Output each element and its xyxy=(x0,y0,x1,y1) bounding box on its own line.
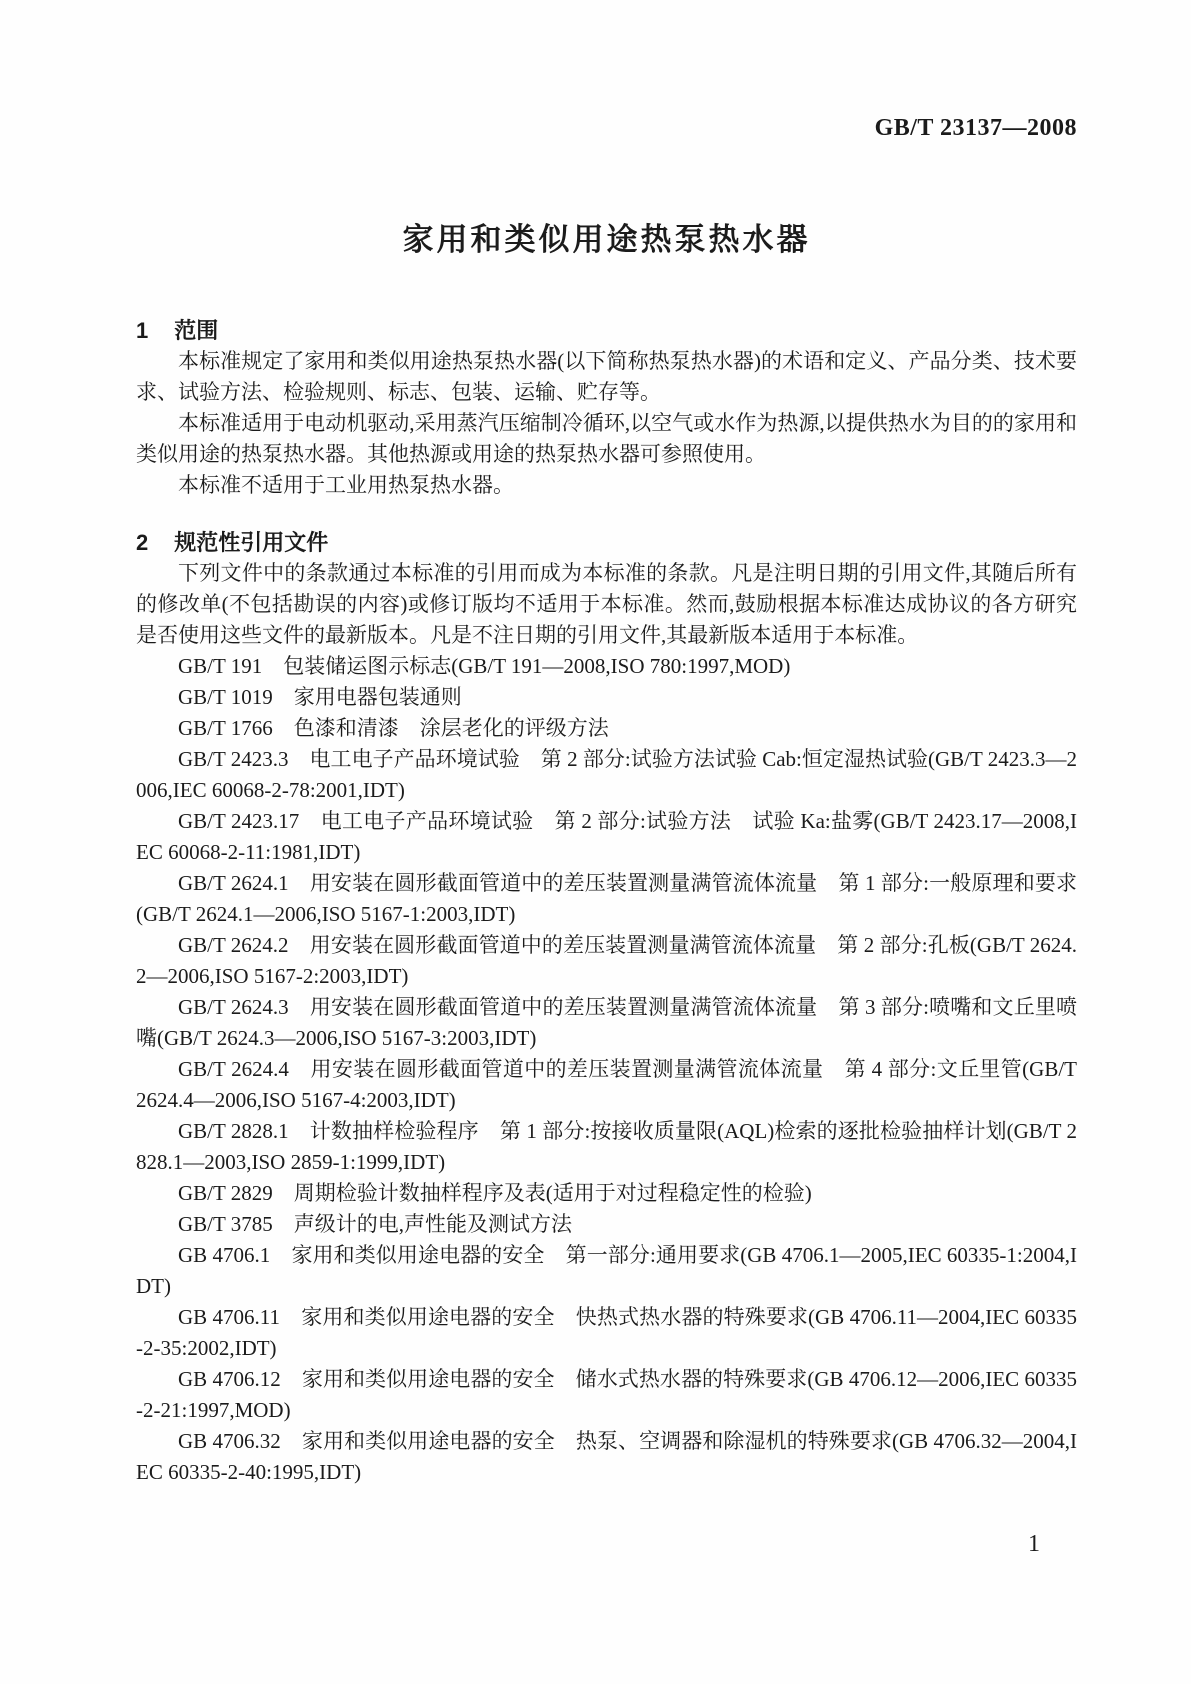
reference-item: GB/T 3785 声级计的电,声性能及测试方法 xyxy=(136,1209,1077,1240)
section-1-number: 1 xyxy=(136,316,148,346)
reference-item: GB/T 2829 周期检验计数抽样程序及表(适用于对过程稳定性的检验) xyxy=(136,1178,1077,1209)
paragraph: 本标准适用于电动机驱动,采用蒸汽压缩制冷循环,以空气或水作为热源,以提供热水为目… xyxy=(136,408,1077,470)
page-content: GB/T 23137—2008 家用和类似用途热泵热水器 1范围 本标准规定了家… xyxy=(136,0,1077,1488)
standard-code: GB/T 23137—2008 xyxy=(136,114,1077,142)
document-page: GB/T 23137—2008 家用和类似用途热泵热水器 1范围 本标准规定了家… xyxy=(0,0,1191,1684)
reference-item: GB 4706.1 家用和类似用途电器的安全 第一部分:通用要求(GB 4706… xyxy=(136,1240,1077,1302)
reference-item: GB/T 2423.17 电工电子产品环境试验 第 2 部分:试验方法 试验 K… xyxy=(136,806,1077,868)
reference-item: GB 4706.11 家用和类似用途电器的安全 快热式热水器的特殊要求(GB 4… xyxy=(136,1302,1077,1364)
page-number: 1 xyxy=(1028,1530,1040,1558)
paragraph: 下列文件中的条款通过本标准的引用而成为本标准的条款。凡是注明日期的引用文件,其随… xyxy=(136,558,1077,651)
reference-item: GB 4706.32 家用和类似用途电器的安全 热泵、空调器和除湿机的特殊要求(… xyxy=(136,1426,1077,1488)
reference-item: GB/T 1766 色漆和清漆 涂层老化的评级方法 xyxy=(136,713,1077,744)
reference-item: GB/T 2624.4 用安装在圆形截面管道中的差压装置测量满管流体流量 第 4… xyxy=(136,1054,1077,1116)
reference-item: GB/T 2624.2 用安装在圆形截面管道中的差压装置测量满管流体流量 第 2… xyxy=(136,930,1077,992)
page-title: 家用和类似用途热泵热水器 xyxy=(136,218,1077,262)
paragraph: 本标准不适用于工业用热泵热水器。 xyxy=(136,470,1077,501)
reference-item: GB/T 2624.3 用安装在圆形截面管道中的差压装置测量满管流体流量 第 3… xyxy=(136,992,1077,1054)
reference-item: GB/T 1019 家用电器包装通则 xyxy=(136,682,1077,713)
reference-item: GB/T 2828.1 计数抽样检验程序 第 1 部分:按接收质量限(AQL)检… xyxy=(136,1116,1077,1178)
reference-item: GB/T 191 包装储运图示标志(GB/T 191—2008,ISO 780:… xyxy=(136,651,1077,682)
paragraph: 本标准规定了家用和类似用途热泵热水器(以下简称热泵热水器)的术语和定义、产品分类… xyxy=(136,346,1077,408)
section-1-heading: 1范围 xyxy=(136,316,1077,346)
section-2-number: 2 xyxy=(136,528,148,558)
reference-item: GB 4706.12 家用和类似用途电器的安全 储水式热水器的特殊要求(GB 4… xyxy=(136,1364,1077,1426)
section-2-title: 规范性引用文件 xyxy=(174,530,328,555)
reference-item: GB/T 2624.1 用安装在圆形截面管道中的差压装置测量满管流体流量 第 1… xyxy=(136,868,1077,930)
section-1-title: 范围 xyxy=(174,318,218,343)
reference-item: GB/T 2423.3 电工电子产品环境试验 第 2 部分:试验方法试验 Cab… xyxy=(136,744,1077,806)
section-2-heading: 2规范性引用文件 xyxy=(136,528,1077,558)
